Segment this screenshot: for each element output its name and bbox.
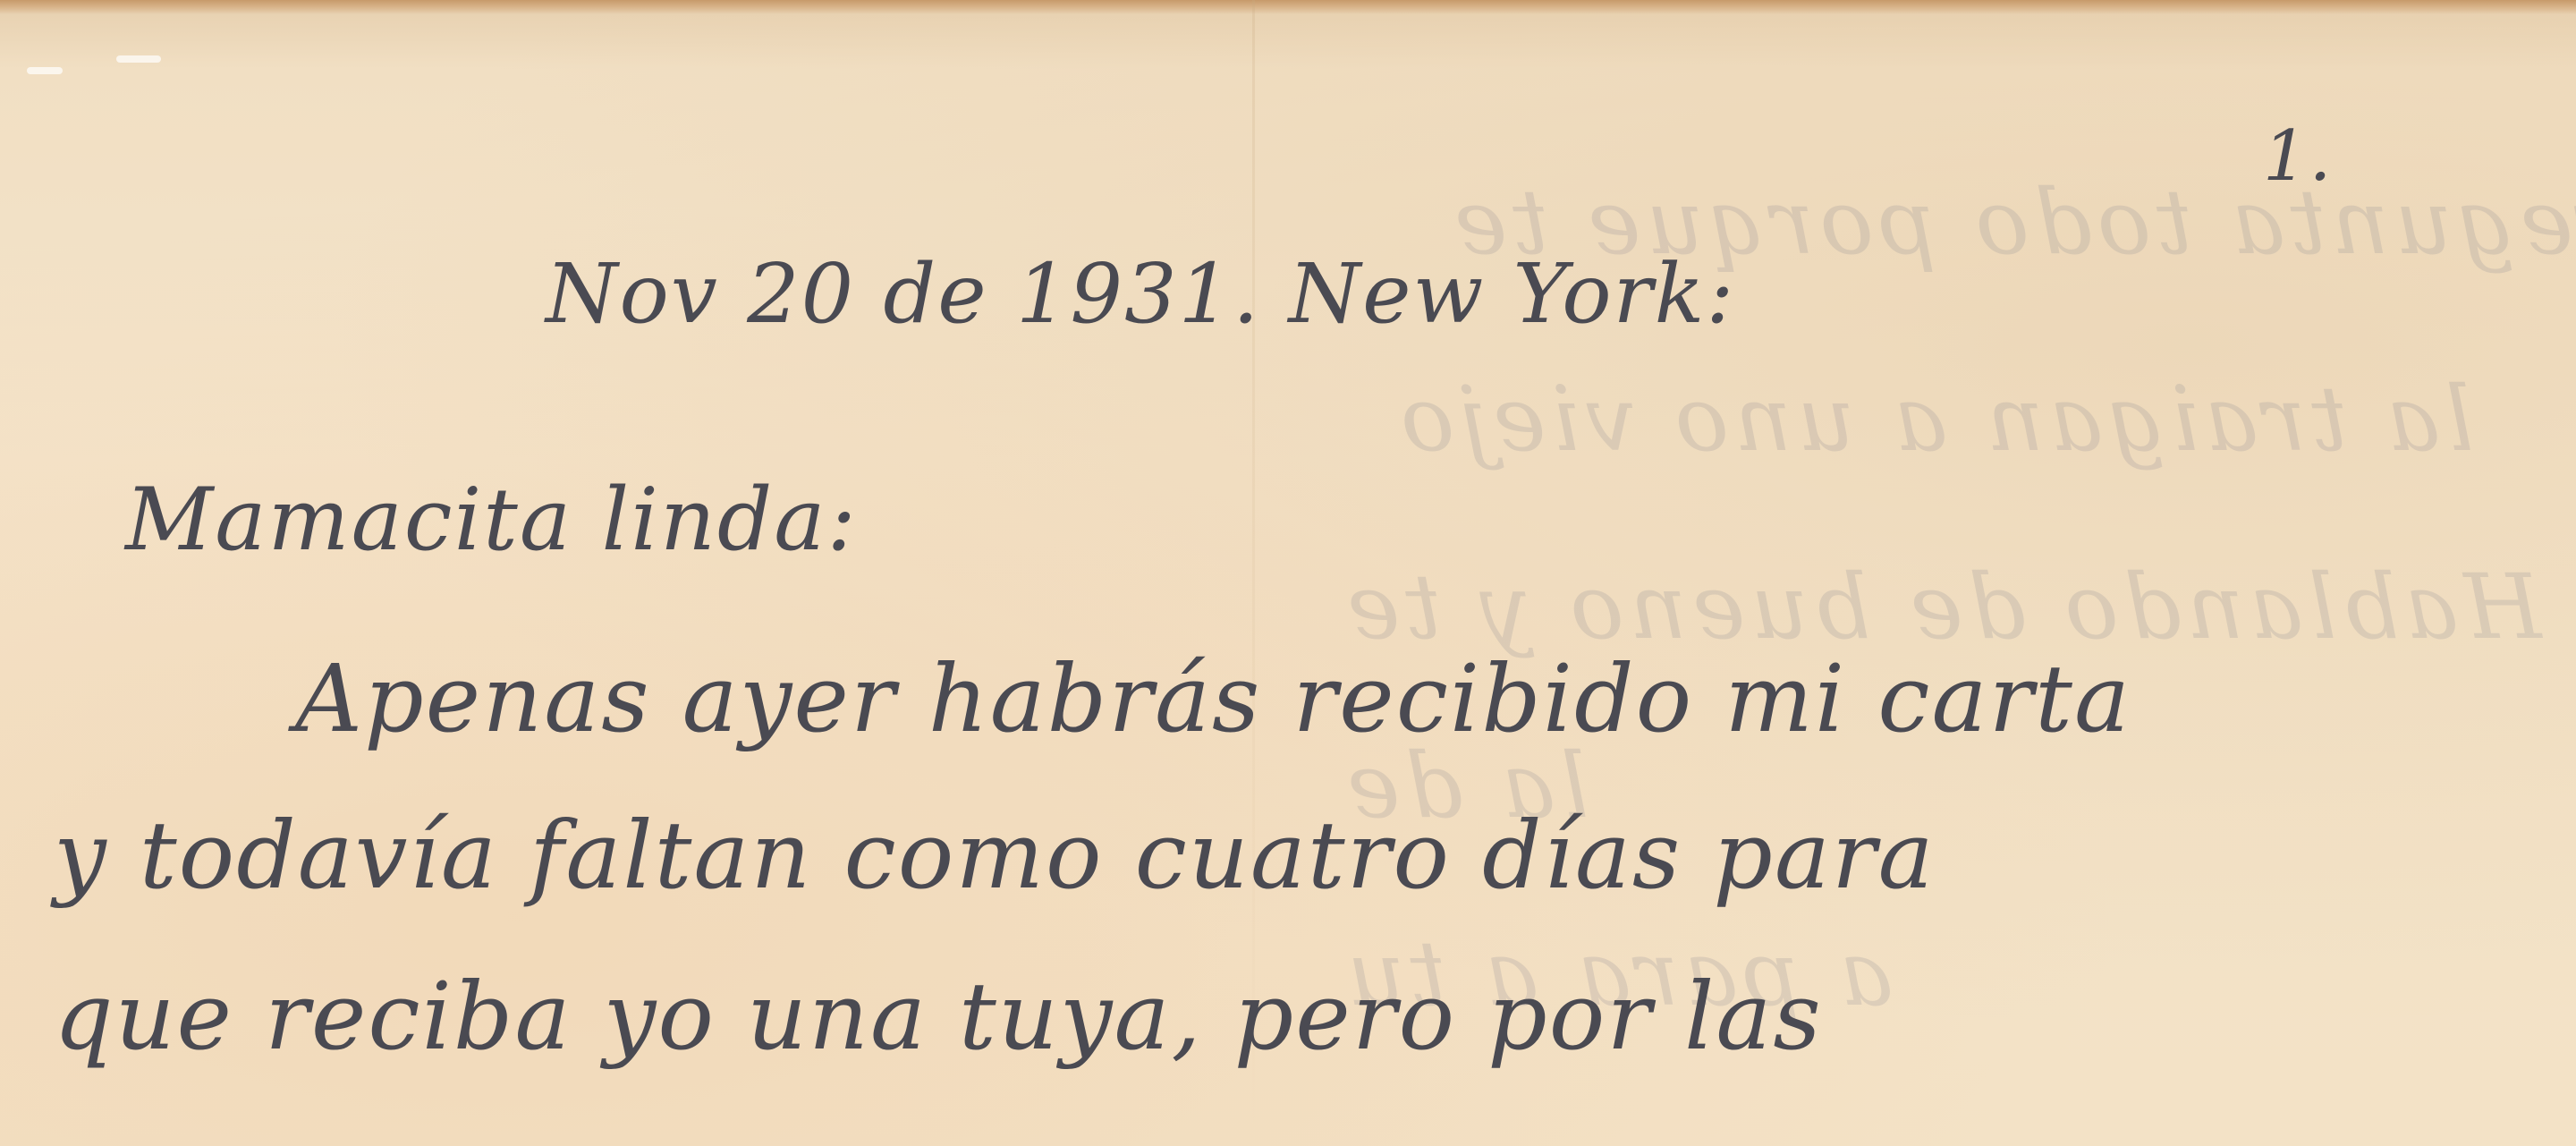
salutation: Mamacita linda: xyxy=(125,470,858,570)
body-line: que reciba yo una tuya, pero por las xyxy=(54,962,1823,1071)
paper-wear-mark xyxy=(27,67,63,74)
page-number: 1. xyxy=(2263,116,2333,197)
body-line: Apenas ayer habrás recibido mi carta xyxy=(295,644,2131,753)
date-line: Nov 20 de 1931. New York: xyxy=(546,246,1735,342)
paper-wear-mark xyxy=(116,55,161,63)
letter-page: pregunta todo porque te la traigan a uno… xyxy=(0,0,2576,1146)
bleed-through-line: la traigan a uno viejo xyxy=(1395,367,2474,471)
body-line: y todavía faltan como cuatro días para xyxy=(54,801,1936,910)
paper-top-edge xyxy=(0,0,2576,14)
